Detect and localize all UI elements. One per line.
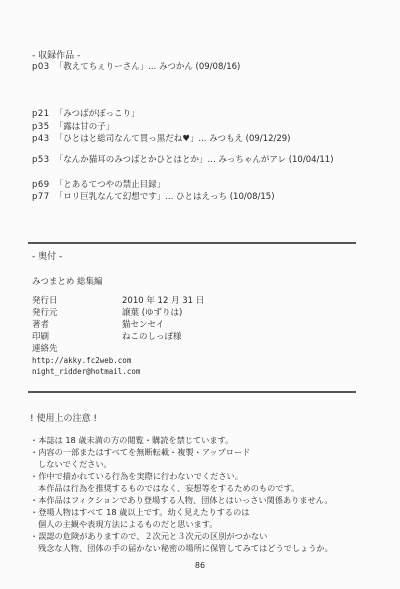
note-item: ・登場人物はすべて 18 歳以上です。幼く見えたりするのは個人の主観や表現方法に…: [30, 506, 250, 530]
toc-entry: p53 「なんか猫耳のみつばとかひとはとか」... みっちゃんがアレ (10/0…: [32, 154, 334, 166]
toc-entry: p69 「とあるてつやの禁止目録」: [32, 179, 165, 191]
divider: [28, 391, 356, 393]
note-item: ・本作品はフィクションであり登場する人物、団体とはいっさい関係ありません。: [30, 494, 333, 506]
contact-email: night_ridder@hotmail.com: [32, 367, 140, 376]
contents-heading: - 収録作品 -: [32, 48, 80, 61]
toc-entry: p21 「みつばがぼっこり」: [32, 108, 140, 120]
colophon-row: 発行元譲葉 (ゆずりは): [32, 308, 182, 319]
divider: [28, 242, 356, 244]
note-item: ・内容の一部またはすべてを無断転載・複製・アップロードしないでください。: [30, 446, 250, 470]
colophon-heading: - 奥付 -: [32, 249, 62, 262]
colophon-row: 印刷ねこのしっぽ様: [32, 332, 182, 343]
colophon-row: 連絡先: [32, 344, 122, 355]
colophon-row: 著者猫センセイ: [32, 320, 164, 331]
note-item: ・誤認の危険がありますので、２次元と３次元の区別がつかない残念な人物、団体の手の…: [30, 530, 333, 554]
note-item: ・作中で描かれている行為を実際に行わないでください。本作品は行為を推奨するもので…: [30, 470, 299, 494]
colophon-row: 発行日2010 年 12 月 31 日: [32, 296, 204, 307]
toc-entry: p43 「ひとはと総司なんて買っ黒だね♥」... みつもえ (09/12/29): [32, 133, 290, 145]
note-item: ・本誌は 18 歳未満の方の閲覧・購読を禁じています。: [30, 434, 233, 446]
notes-heading: ! 使用上の注意 !: [30, 411, 97, 424]
page-number: 86: [0, 561, 400, 570]
book-title: みつまとめ 総集編: [32, 275, 103, 287]
toc-entry: p35 「露は甘の子」: [32, 121, 114, 133]
contact-url: http://akky.fc2web.com: [32, 356, 131, 365]
toc-entry: p77 「ロリ巨乳なんて幻想です」... ひとはえっち (10/08/15): [32, 191, 275, 203]
toc-entry: p03 「教えてちぇりーさん」... みつかん (09/08/16): [32, 61, 240, 73]
